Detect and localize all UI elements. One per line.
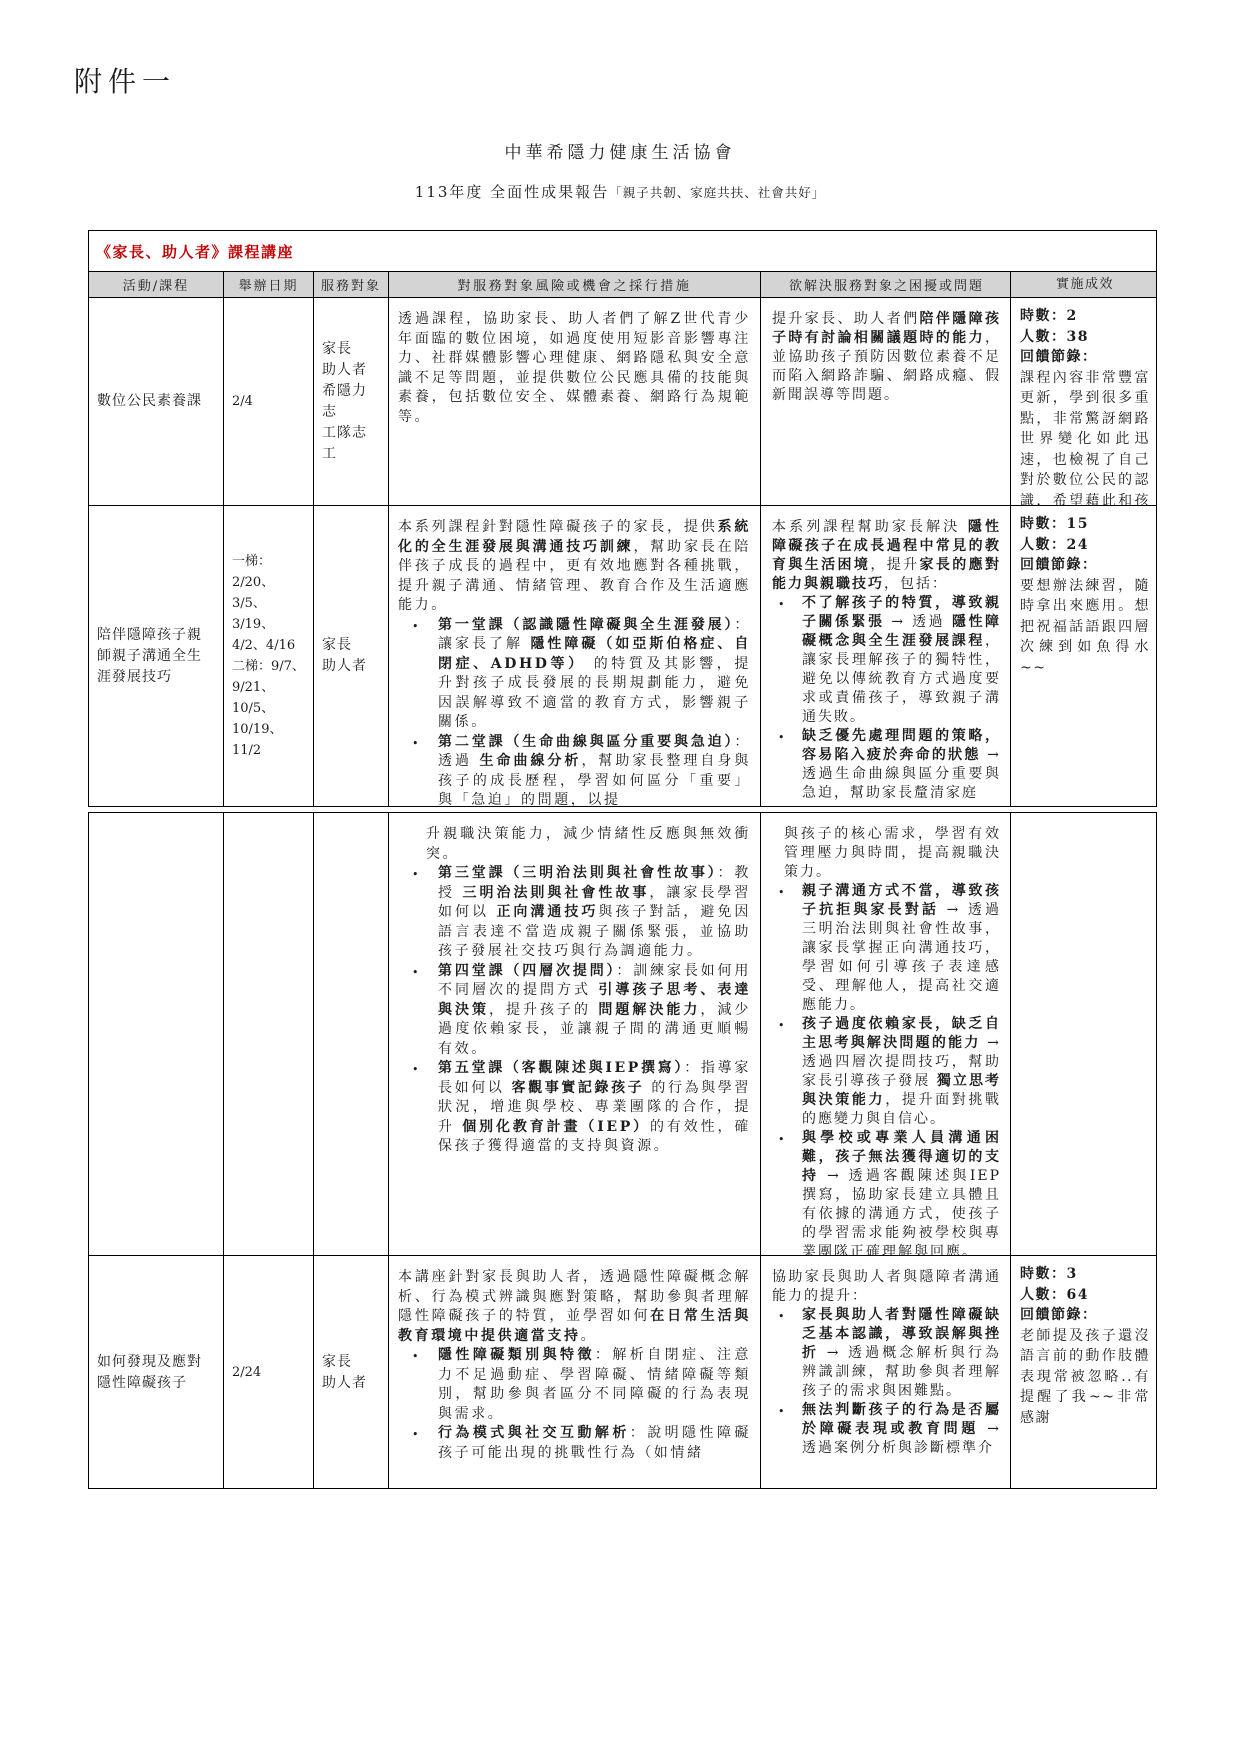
column-header: 實施成效 [1011, 272, 1156, 297]
text-line: 人數：38 [1020, 327, 1150, 348]
text-line: 一梯：2/20、 [232, 551, 305, 593]
bullet-item: •不了解孩子的特質，導致親子關係緊張 → 透過 隱性障礙概念與全生涯發展課程，讓… [772, 594, 1001, 727]
text-run: 助人者 [322, 658, 367, 674]
text-line: 師親子溝通全生 [97, 646, 215, 667]
cell-audience: 家長助人者 [314, 1256, 389, 1489]
cell-results: 時數：15人數：24回饋節錄：要想辦法練習，隨時拿出來應用。想把祝福話語跟四層次… [1011, 506, 1156, 806]
report-title: 113年度 全面性成果報告「親子共韌、家庭共扶、社會共好」 [0, 181, 1240, 202]
text-run: 2/4 [232, 394, 253, 409]
table-body-part-2: 升親職決策能力，減少情緒性反應與無效衝突。•第三堂課（三明治法則與社會性故事）：… [89, 813, 1156, 1489]
text-run: 二梯：9/7、 [232, 659, 305, 674]
bold-text-run: 行為模式與社交互動解析 [438, 1425, 630, 1441]
cell-results: 時數：2人數：38回饋節錄：課程內容非常豐富更新，學到很多重點，非常驚訝網路世界… [1011, 298, 1156, 505]
text-run: 助人者 [322, 362, 367, 378]
bullet-icon: • [778, 1129, 802, 1255]
column-header: 對服務對象風險或機會之採行措施 [389, 272, 761, 297]
bullet-item: •親子溝通方式不當，導致孩子抗拒與家長對話 → 透過三明治法則與社會性故事，讓家… [772, 882, 1001, 1015]
text-run: 4/2、4/16 [232, 638, 295, 653]
bullet-item: •第一堂課（認識隱性障礙與全生涯發展）：讓家長了解 隱性障礙（如亞斯伯格症、自閉… [398, 616, 751, 733]
bullet-text: 第五堂課（客觀陳述與IEP撰寫）：指導家長如何以 客觀事實記錄孩子 的行為與學習… [438, 1059, 751, 1157]
text-run: → 透過概念解析與行為辨識訓練，幫助參與者理解孩子的需求與困難點。 [802, 1345, 1001, 1399]
bullet-icon: • [412, 1346, 438, 1424]
bold-text-run: 正向溝通技巧 [496, 904, 598, 920]
text-run: 隱性障礙孩子 [97, 1375, 187, 1391]
text-run: 3/5、3/19、 [232, 596, 274, 632]
bullet-item: •第五堂課（客觀陳述與IEP撰寫）：指導家長如何以 客觀事實記錄孩子 的行為與學… [398, 1059, 751, 1157]
cell-audience [314, 813, 389, 1255]
table-caption: 《家長、助人者》課程講座 [96, 241, 294, 262]
bullet-item: •孩子過度依賴家長，缺乏自主思考與解決問題的能力 → 透過四層次提問技巧，幫助家… [772, 1015, 1001, 1129]
text-run: 家長 [322, 637, 352, 653]
bullet-text: 無法判斷孩子的行為是否屬於障礙表現或教育問題 → 透過案例分析與診斷標準介 [802, 1401, 1001, 1458]
bullet-text: 隱性障礙類別與特徵：解析自閉症、注意力不足過動症、學習障礙、情緒障礙等類別，幫助… [438, 1346, 751, 1424]
text-run: 。 [581, 1328, 598, 1344]
bold-text-run: 回饋節錄： [1020, 349, 1098, 365]
bullet-icon: • [412, 1059, 438, 1157]
text-run: → 透過三明治法則與社會性故事，讓家長掌握正向溝通技巧，學習如何引導孩子表達感受… [802, 902, 1001, 1013]
cell-audience: 家長助人者 [314, 506, 389, 806]
text-line: 助人者 [322, 360, 380, 381]
continued-paragraph: 與孩子的核心需求，學習有效管理壓力與時間，提高親職決策力。 [772, 825, 1001, 882]
bold-text-run: 第五堂課（客觀陳述與IEP撰寫） [438, 1060, 684, 1076]
text-line: 回饋節錄： [1020, 347, 1150, 368]
text-line: 涯發展技巧 [97, 667, 215, 688]
cell-measures: 本講座針對家長與助人者，透過隱性障礙概念解析、行為模式辨識與應對策略，幫助參與者… [389, 1256, 761, 1489]
paragraph: 本系列課程針對隱性障礙孩子的家長，提供系統化的全生涯發展與溝通技巧訓練，幫助家長… [398, 518, 751, 616]
bold-text-run: 客觀事實記錄孩子 [511, 1080, 644, 1096]
text-line: 3/5、3/19、 [232, 593, 305, 635]
bold-text-run: 第二堂課（生命曲線與區分重要與急迫） [438, 734, 734, 750]
text-line: 老師提及孩子還沒語言前的動作肢體表現常被忽略..有提醒了我~~非常感謝 [1020, 1326, 1150, 1429]
text-line: 課程內容非常豐富更新，學到很多重點，非常驚訝網路世界變化如此迅速，也檢視了自己對… [1020, 368, 1150, 506]
text-line: 時數：2 [1020, 306, 1150, 327]
bullet-text: 與學校或專業人員溝通困難，孩子無法獲得適切的支持 → 透過客觀陳述與IEP撰寫，… [802, 1129, 1001, 1255]
bold-text-run: 時數：15 [1020, 516, 1089, 532]
text-run: 助人者 [322, 1375, 367, 1391]
text-run: 數位公民素養課 [97, 393, 202, 409]
text-run: 升親職決策能力，減少情緒性反應與無效衝突。 [426, 826, 751, 862]
text-line: 時數：3 [1020, 1264, 1150, 1285]
bold-text-run: 人數：64 [1020, 1287, 1089, 1303]
text-run: 本系列課程幫助家長解決 [772, 519, 968, 535]
table-caption-row: 《家長、助人者》課程講座 [89, 231, 1156, 272]
text-line: 希隱力志 [322, 381, 380, 423]
cell-problems: 與孩子的核心需求，學習有效管理壓力與時間，提高親職決策力。•親子溝通方式不當，導… [761, 813, 1011, 1255]
bullet-text: 第一堂課（認識隱性障礙與全生涯發展）：讓家長了解 隱性障礙（如亞斯伯格症、自閉症… [438, 616, 751, 733]
text-line: 要想辦法練習，隨時拿出來應用。想把祝福話語跟四層次練到如魚得水~~ [1020, 576, 1150, 679]
text-run: 師親子溝通全生 [97, 648, 202, 664]
org-title: 中華希隱力健康生活協會 [0, 138, 1240, 163]
paragraph: 透過課程，協助家長、助人者們了解Z世代青少年面臨的數位困境，如過度使用短影音影響… [398, 310, 751, 427]
text-run: ，提升孩子的 [489, 1002, 598, 1018]
bullet-item: •第四堂課（四層次提問）：訓練家長如何用不同層次的提問方式 引導孩子思考、表達與… [398, 962, 751, 1060]
bullet-text: 行為模式與社交互動解析：說明隱性障礙孩子可能出現的挑戰性行為（如情緒 [438, 1424, 751, 1463]
text-line: 如何發現及應對 [97, 1352, 215, 1373]
cell-date: 一梯：2/20、3/5、3/19、4/2、4/16二梯：9/7、9/21、10/… [224, 506, 314, 806]
bullet-icon: • [412, 733, 438, 807]
cell-measures: 本系列課程針對隱性障礙孩子的家長，提供系統化的全生涯發展與溝通技巧訓練，幫助家長… [389, 506, 761, 806]
text-run: 本系列課程針對隱性障礙孩子的家長，提供 [398, 519, 718, 535]
table-row: 升親職決策能力，減少情緒性反應與無效衝突。•第三堂課（三明治法則與社會性故事）：… [89, 813, 1156, 1256]
text-line: 家長 [322, 1352, 380, 1373]
bullet-icon: • [412, 616, 438, 733]
bold-text-run: 人數：38 [1020, 329, 1089, 345]
bullet-icon: • [778, 1306, 802, 1401]
text-line: 助人者 [322, 656, 380, 677]
table-row: 數位公民素養課2/4家長助人者希隱力志工隊志工透過課程，協助家長、助人者們了解Z… [89, 298, 1156, 506]
bullet-item: •隱性障礙類別與特徵：解析自閉症、注意力不足過動症、學習障礙、情緒障礙等類別，幫… [398, 1346, 751, 1424]
text-run: 要想辦法練習，隨時拿出來應用。想把祝福話語跟四層次練到如魚得水~~ [1020, 578, 1150, 676]
cell-date [224, 813, 314, 1255]
text-run: → 透過 [884, 614, 952, 630]
cell-problems: 提升家長、助人者們陪伴隱障孩子時有討論相關議題時的能力，並協助孩子預防因數位素養… [761, 298, 1011, 505]
report-title-text: 113年度 全面性成果報告 [415, 183, 609, 201]
bullet-icon: • [412, 1424, 438, 1463]
column-header: 服務對象 [314, 272, 389, 297]
text-run: 課程內容非常豐富更新，學到很多重點，非常驚訝網路世界變化如此迅速，也檢視了自己對… [1020, 370, 1150, 506]
text-line: 4/2、4/16 [232, 635, 305, 656]
text-run: 一梯：2/20、 [232, 554, 274, 590]
cell-date: 2/4 [224, 298, 314, 505]
table-body-part-1: 數位公民素養課2/4家長助人者希隱力志工隊志工透過課程，協助家長、助人者們了解Z… [89, 298, 1156, 806]
text-run: 老師提及孩子還沒語言前的動作肢體表現常被忽略..有提醒了我~~非常感謝 [1020, 1328, 1150, 1426]
text-line: 時數：15 [1020, 514, 1150, 535]
text-run: 工隊志工 [322, 425, 367, 462]
cell-problems: 本系列課程幫助家長解決 隱性障礙孩子在成長過程中常見的教育與生活困境，提升家長的… [761, 506, 1011, 806]
bold-text-run: 第一堂課（認識隱性障礙與全生涯發展） [438, 617, 734, 633]
bold-text-run: 隱性障礙類別與特徵 [438, 1347, 595, 1363]
bullet-text: 親子溝通方式不當，導致孩子抗拒與家長對話 → 透過三明治法則與社會性故事，讓家長… [802, 882, 1001, 1015]
paragraph: 本系列課程幫助家長解決 隱性障礙孩子在成長過程中常見的教育與生活困境，提升家長的… [772, 518, 1001, 594]
text-run: 涯發展技巧 [97, 669, 172, 685]
bold-text-run: 人數：24 [1020, 537, 1089, 553]
cell-course [89, 813, 224, 1255]
table-row: 如何發現及應對隱性障礙孩子2/24家長助人者本講座針對家長與助人者，透過隱性障礙… [89, 1256, 1156, 1489]
bold-text-run: 時數：3 [1020, 1266, 1078, 1282]
bold-text-run: 生命曲線分析 [479, 753, 581, 769]
course-table-part-2: 升親職決策能力，減少情緒性反應與無效衝突。•第三堂課（三明治法則與社會性故事）：… [88, 812, 1157, 1489]
text-line: 人數：64 [1020, 1285, 1150, 1306]
paragraph: 協助家長與助人者與隱障者溝通能力的提升： [772, 1268, 1001, 1306]
bold-text-run: 第三堂課（三明治法則與社會性故事） [438, 865, 718, 881]
text-line: 回饋節錄： [1020, 1305, 1150, 1326]
cell-measures: 透過課程，協助家長、助人者們了解Z世代青少年面臨的數位困境，如過度使用短影音影響… [389, 298, 761, 505]
text-run: → 透過客觀陳述與IEP撰寫，協助家長建立具體且有依據的溝通方式，使孩子的學習需… [802, 1168, 1001, 1255]
text-run: 陪伴隱障孩子親 [97, 627, 202, 643]
text-line: 家長 [322, 635, 380, 656]
column-header: 活動/課程 [89, 272, 224, 297]
bullet-text: 第二堂課（生命曲線與區分重要與急迫）：透過 生命曲線分析，幫助家長整理自身與孩子… [438, 733, 751, 807]
cell-date: 2/24 [224, 1256, 314, 1489]
column-header: 舉辦日期 [224, 272, 314, 297]
bullet-icon: • [778, 1401, 802, 1458]
text-run: 希隱力志 [322, 383, 367, 420]
cell-course: 陪伴隱障孩子親師親子溝通全生涯發展技巧 [89, 506, 224, 806]
text-line: 2/4 [232, 391, 305, 412]
bold-text-run: 問題解決能力 [598, 1002, 700, 1018]
bullet-icon: • [412, 962, 438, 1060]
bold-text-run: 個別化教育計畫（IEP） [462, 1119, 650, 1135]
text-run: ，提升 [870, 557, 919, 573]
text-run: 透過課程，協助家長、助人者們了解Z世代青少年面臨的數位困境，如過度使用短影音影響… [398, 311, 751, 425]
text-line: 二梯：9/7、 [232, 656, 305, 677]
bullet-item: •第三堂課（三明治法則與社會性故事）：教授 三明治法則與社會性故事，讓家長學習如… [398, 864, 751, 962]
text-run: 如何發現及應對 [97, 1354, 202, 1370]
bullet-text: 第四堂課（四層次提問）：訓練家長如何用不同層次的提問方式 引導孩子思考、表達與決… [438, 962, 751, 1060]
bold-text-run: 三明治法則與社會性故事 [462, 885, 649, 901]
text-line: 工隊志工 [322, 423, 380, 465]
text-line: 回饋節錄： [1020, 555, 1150, 576]
bold-text-run: 回饋節錄： [1020, 557, 1098, 573]
document-page: { "page": { "attachment_label": "附件一", "… [0, 0, 1240, 1754]
text-line: 人數：24 [1020, 535, 1150, 556]
bullet-item: •與學校或專業人員溝通困難，孩子無法獲得適切的支持 → 透過客觀陳述與IEP撰寫… [772, 1129, 1001, 1255]
bullet-icon: • [778, 1015, 802, 1129]
cell-course: 數位公民素養課 [89, 298, 224, 505]
bullet-text: 不了解孩子的特質，導致親子關係緊張 → 透過 隱性障礙概念與全生涯發展課程，讓家… [802, 594, 1001, 727]
text-run: 與孩子的核心需求，學習有效管理壓力與時間，提高親職決策力。 [784, 826, 1001, 880]
bullet-icon: • [778, 727, 802, 803]
paragraph: 本講座針對家長與助人者，透過隱性障礙概念解析、行為模式辨識與應對策略，幫助參與者… [398, 1268, 751, 1346]
column-header: 欲解決服務對象之困擾或問題 [761, 272, 1011, 297]
bullet-icon: • [778, 594, 802, 727]
table-row: 陪伴隱障孩子親師親子溝通全生涯發展技巧一梯：2/20、3/5、3/19、4/2、… [89, 506, 1156, 806]
paragraph: 提升家長、助人者們陪伴隱障孩子時有討論相關議題時的能力，並協助孩子預防因數位素養… [772, 310, 1001, 405]
text-line: 數位公民素養課 [97, 391, 215, 412]
text-run: 提升家長、助人者們 [772, 311, 919, 327]
bullet-text: 孩子過度依賴家長，缺乏自主思考與解決問題的能力 → 透過四層次提問技巧，幫助家長… [802, 1015, 1001, 1129]
text-line: 家長 [322, 339, 380, 360]
course-table-part-1: 《家長、助人者》課程講座 活動/課程舉辦日期服務對象對服務對象風險或機會之採行措… [88, 230, 1157, 807]
bold-text-run: 回饋節錄： [1020, 1307, 1098, 1323]
text-run: 家長 [322, 341, 352, 357]
text-line: 2/24 [232, 1362, 305, 1383]
text-run: 2/24 [232, 1365, 261, 1380]
cell-problems: 協助家長與助人者與隱障者溝通能力的提升：•家長與助人者對隱性障礙缺乏基本認識，導… [761, 1256, 1011, 1489]
bold-text-run: 孩子過度依賴家長，缺乏自主思考與解決問題的能力 [802, 1016, 1001, 1051]
bullet-icon: • [778, 882, 802, 1015]
bullet-text: 缺乏優先處理問題的策略，容易陷入疲於奔命的狀態 → 透過生命曲線與區分重要與急迫… [802, 727, 1001, 803]
cell-results: 時數：3人數：64回饋節錄：老師提及孩子還沒語言前的動作肢體表現常被忽略..有提… [1011, 1256, 1156, 1489]
bold-text-run: 時數：2 [1020, 308, 1078, 324]
text-run: 10/19、11/2 [232, 722, 282, 758]
bold-text-run: 缺乏優先處理問題的策略，容易陷入疲於奔命的狀態 [802, 728, 1001, 763]
bullet-text: 家長與助人者對隱性障礙缺乏基本認識，導致誤解與挫折 → 透過概念解析與行為辨識訓… [802, 1306, 1001, 1401]
bullet-item: •家長與助人者對隱性障礙缺乏基本認識，導致誤解與挫折 → 透過概念解析與行為辨識… [772, 1306, 1001, 1401]
table-header-row: 活動/課程舉辦日期服務對象對服務對象風險或機會之採行措施欲解決服務對象之困擾或問… [89, 272, 1156, 298]
cell-course: 如何發現及應對隱性障礙孩子 [89, 1256, 224, 1489]
bullet-text: 第三堂課（三明治法則與社會性故事）：教授 三明治法則與社會性故事，讓家長學習如何… [438, 864, 751, 962]
bullet-item: •缺乏優先處理問題的策略，容易陷入疲於奔命的狀態 → 透過生命曲線與區分重要與急… [772, 727, 1001, 803]
bold-text-run: 無法判斷孩子的行為是否屬於障礙表現或教育問題 [802, 1402, 1001, 1437]
continued-paragraph: 升親職決策能力，減少情緒性反應與無效衝突。 [398, 825, 751, 864]
bullet-item: •無法判斷孩子的行為是否屬於障礙表現或教育問題 → 透過案例分析與診斷標準介 [772, 1401, 1001, 1458]
text-run: 家長 [322, 1354, 352, 1370]
text-run: ，包括： [884, 576, 948, 592]
bold-text-run: 第四堂課（四層次提問） [438, 963, 616, 979]
text-line: 助人者 [322, 1373, 380, 1394]
cell-results [1011, 813, 1156, 1255]
report-title-quote: 「親子共韌、家庭共扶、社會共好」 [609, 185, 825, 200]
text-run: 協助家長與助人者與隱障者溝通能力的提升： [772, 1269, 1001, 1304]
attachment-label: 附件一 [74, 60, 176, 100]
bullet-icon: • [412, 864, 438, 962]
bullet-item: •第二堂課（生命曲線與區分重要與急迫）：透過 生命曲線分析，幫助家長整理自身與孩… [398, 733, 751, 807]
cell-audience: 家長助人者希隱力志工隊志工 [314, 298, 389, 505]
cell-measures: 升親職決策能力，減少情緒性反應與無效衝突。•第三堂課（三明治法則與社會性故事）：… [389, 813, 761, 1255]
text-line: 9/21、10/5、 [232, 677, 305, 719]
text-run: 9/21、10/5、 [232, 680, 274, 716]
text-line: 10/19、11/2 [232, 719, 305, 761]
text-line: 陪伴隱障孩子親 [97, 625, 215, 646]
text-line: 隱性障礙孩子 [97, 1373, 215, 1394]
bullet-item: •行為模式與社交互動解析：說明隱性障礙孩子可能出現的挑戰性行為（如情緒 [398, 1424, 751, 1463]
